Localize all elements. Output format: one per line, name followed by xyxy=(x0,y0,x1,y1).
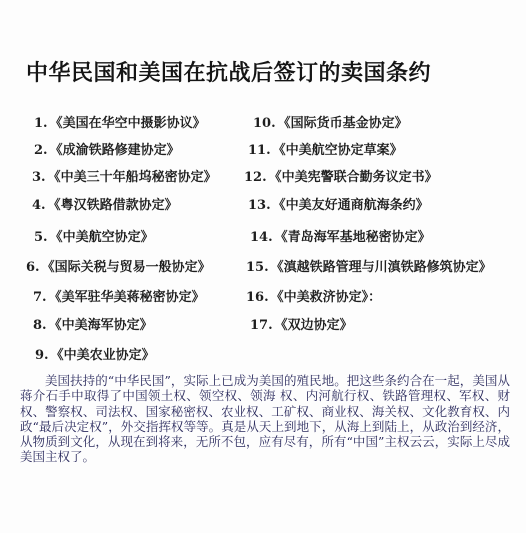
list-item: 4.《粤汉铁路借款协定》 xyxy=(32,194,178,213)
list-item: 8.《中美海军协定》 xyxy=(33,314,153,333)
list-item: 1.《美国在华空中摄影协议》 xyxy=(34,112,206,131)
list-item: 15.《滇越铁路管理与川滇铁路修筑协定》 xyxy=(246,256,492,275)
list-item: 3.《中美三十年船坞秘密协定》 xyxy=(32,166,217,185)
page-title: 中华民国和美国在抗战后签订的卖国条约 xyxy=(26,56,431,87)
list-item: 11.《中美航空协定草案》 xyxy=(248,139,403,158)
list-item: 17.《双边协定》 xyxy=(250,314,353,333)
list-item: 14.《青岛海军基地秘密协定》 xyxy=(250,226,431,245)
summary-text: 美国扶持的“中华民国”，实际上已成为美国的殖民地。把这些条约合在一起，美国从蒋介… xyxy=(20,373,510,465)
summary-paragraph: 美国扶持的“中华民国”，实际上已成为美国的殖民地。把这些条约合在一起，美国从蒋介… xyxy=(20,373,510,465)
list-item: 9.《中美农业协定》 xyxy=(35,344,155,363)
list-item: 10.《国际货币基金协定》 xyxy=(253,112,408,131)
list-item: 12.《中美宪警联合勤务议定书》 xyxy=(244,166,438,185)
list-item: 6.《国际关税与贸易一般协定》 xyxy=(26,256,211,275)
list-item: 16.《中美救济协定》： xyxy=(246,286,381,305)
list-item: 7.《美军驻华美蒋秘密协定》 xyxy=(33,286,205,305)
list-item: 5.《中美航空协定》 xyxy=(34,226,154,245)
list-item: 13.《中美友好通商航海条约》 xyxy=(248,194,429,213)
list-item: 2.《成渝铁路修建协定》 xyxy=(34,139,180,158)
